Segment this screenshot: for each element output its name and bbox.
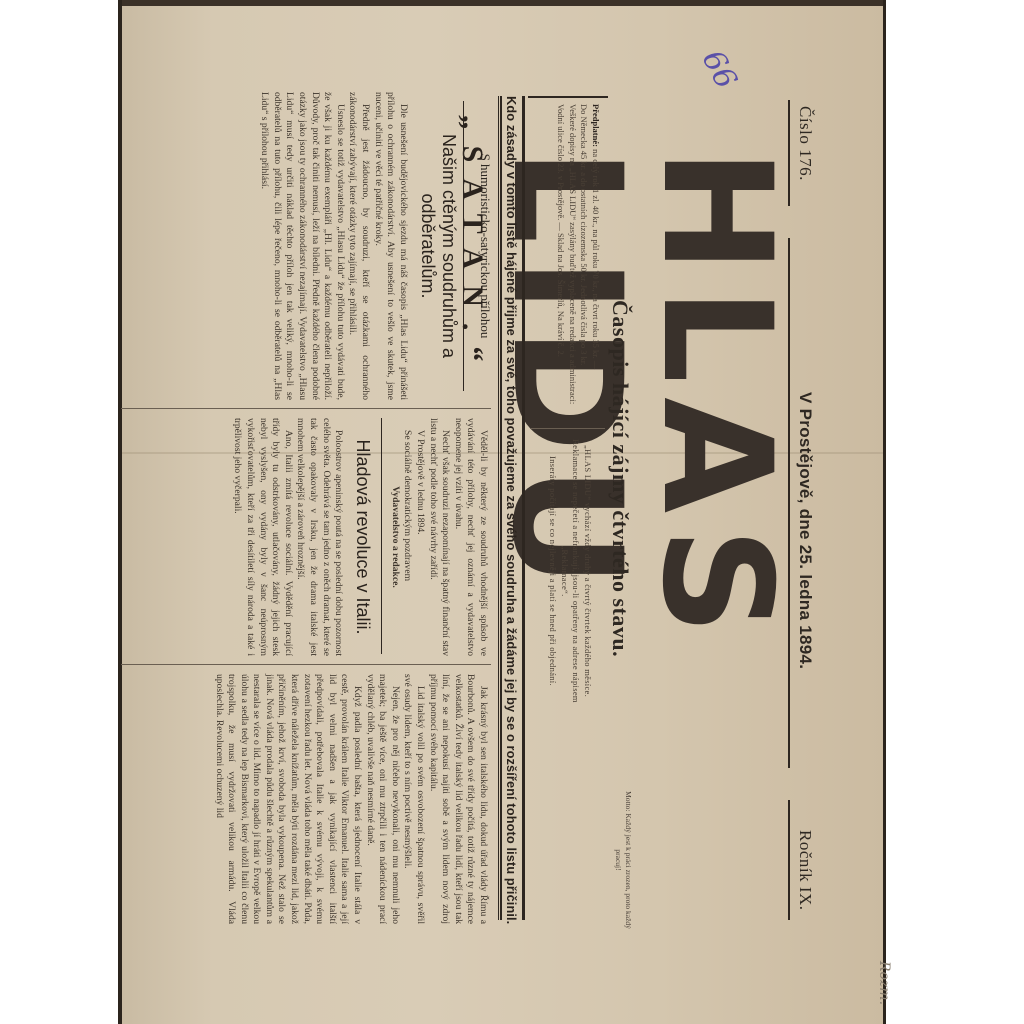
subscription-label: Předplatné: (591, 104, 601, 147)
column-middle: Věděl-li by některý ze soudruhů vhodnějš… (231, 418, 489, 656)
heavy-rule (522, 96, 525, 920)
motto: Motto: Každý jest k práci zrozen, proto … (613, 790, 633, 930)
signature: Vydavatelstvo a redakce. (388, 418, 401, 656)
box-border-left (528, 96, 608, 98)
column-divider-2 (121, 664, 491, 665)
subtitle: Časopis hájící zájmy čtvrtého stavu. (607, 300, 633, 657)
column-satan-notice: S humoristicko-satyrickou přílohou „SATA… (258, 92, 491, 400)
column-italy-article: Jak krásný byl sen italského lidu, dokud… (212, 674, 489, 924)
volume-number: Ročník IX. (795, 830, 815, 911)
subscription-box: Předplatné: na celý rok 1 zl. 40 kr., na… (555, 104, 601, 422)
column-divider-1 (121, 408, 491, 409)
publication-box: „HLAS LIDU“ vychází vždy druhý a čtvrtý … (547, 436, 593, 706)
box-divider (531, 428, 605, 429)
italy-heading: Hladová revoluce v Italii. (352, 418, 373, 656)
rotated-page-content: Číslo 176. V Prostějově, dne 25. ledna 1… (120, 0, 883, 1024)
banner-rule (501, 96, 503, 920)
satan-supplement-name: „SATAN.“ (466, 92, 479, 400)
satan-rule (463, 101, 464, 391)
banner-rule-thin (498, 96, 499, 920)
newspaper-title: HLAS LIDU (491, 148, 791, 1024)
satan-heading: Našim ctěným soudruhům a odběratelům. (417, 92, 459, 400)
article-separator (381, 418, 382, 654)
banner-line: Kdo zásady v tomto listě hájené přijme z… (504, 96, 519, 924)
